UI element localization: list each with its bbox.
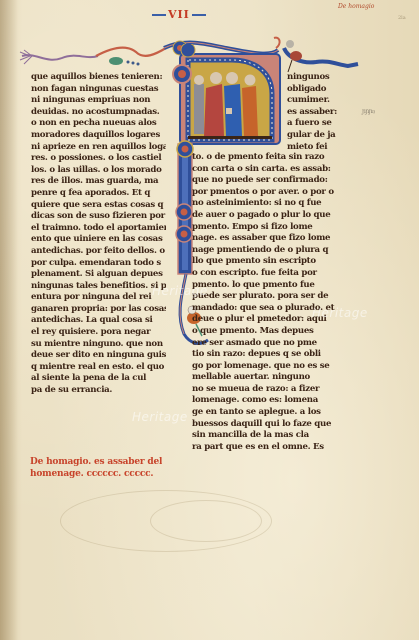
text-line: el rey quisiere. pora negar — [31, 327, 166, 339]
flourish-bar — [192, 14, 206, 16]
text-line: cumimer. — [287, 95, 349, 107]
rubric-line: homenage. cccccc. ccccc. — [30, 468, 162, 480]
text-line: ni aprieze en ren aquillos loga — [31, 142, 166, 154]
text-line: no asteinimiento: si no q fue — [192, 198, 352, 210]
text-line: el traimno. todo el aportamien — [31, 223, 166, 235]
gutter-shadow — [0, 0, 18, 640]
leaf-number: 2la — [398, 15, 406, 21]
text-column-right: to. o de pmento feita sin razo con carta… — [192, 152, 352, 453]
text-line: quiere que sera estas cosas q — [31, 200, 166, 212]
text-line: penre q fea aporados. Et q — [31, 188, 166, 200]
text-line: go por lomenage. que no es se — [192, 361, 352, 373]
text-line: ge en tanto se aplegue. a los — [192, 407, 352, 419]
text-line: to. o de pmento feita sin razo — [192, 152, 352, 164]
text-line: gular de ja — [287, 130, 349, 142]
watermark: Heritage — [152, 284, 208, 298]
text-line: puede ser plurato. pora ser de — [192, 291, 352, 303]
text-line: non fagan ningunas cuestas — [31, 84, 166, 96]
text-line: los. o las uillas. o los morado — [31, 165, 166, 177]
text-line: su mientre ninguno. que non — [31, 339, 166, 351]
text-line: entura por ninguna del rei — [31, 292, 166, 304]
text-line: a fuero se — [287, 118, 349, 130]
text-line: lomenage. como es: lomena — [192, 395, 352, 407]
text-line: ganaren propria: por las cosas — [31, 304, 166, 316]
text-line: res de illos. mas guarda, ma — [31, 176, 166, 188]
text-line: ningunos — [287, 72, 349, 84]
text-line: llo que pmento sin escripto — [192, 256, 352, 268]
text-line: res. o possiones. o los castiel — [31, 153, 166, 165]
text-line: ento que uiniere en las cosas — [31, 234, 166, 246]
running-head: De homagio — [338, 3, 374, 10]
text-line: ni ningunas empriuas non — [31, 95, 166, 107]
rubric-heading: De homagio. es assaber del homenage. ccc… — [30, 456, 162, 480]
text-line: ere ser asmado que no pme — [192, 338, 352, 350]
text-line: nage pmentiendo de o plura q — [192, 245, 352, 257]
text-line: pmento. lo que pmento fue — [192, 280, 352, 292]
text-line: es assaber: — [287, 107, 349, 119]
text-line: al siente la pena de la cul — [31, 373, 166, 385]
text-line: buessos daquill qui lo faze que — [192, 419, 352, 431]
watermark: Heritage — [312, 306, 368, 320]
text-line: ningunas tales benefitios. si por u — [31, 281, 166, 293]
text-line: pmento. Empo si fizo lome — [192, 222, 352, 234]
folio-number-text: VII — [168, 8, 190, 21]
text-line: no se mueua de razo: a fizer — [192, 384, 352, 396]
text-line: ra part que es en el omne. Es — [192, 442, 352, 454]
text-line: con carta o sin carta. es assab: — [192, 164, 352, 176]
text-line: dicas son de suso fizieren por — [31, 211, 166, 223]
text-line: por culpa. emendaran todo s — [31, 258, 166, 270]
marginal-note: ɲɲɲ𝔶 — [362, 108, 374, 116]
manuscript-page: VII De homagio 2la ɲɲɲ𝔶 — [0, 0, 419, 640]
text-line: plenament. Si alguan depues — [31, 269, 166, 281]
text-line: mellable auertar. ninguno — [192, 372, 352, 384]
text-line: de auer o pagado o plur lo que — [192, 210, 352, 222]
text-line: o que pmento. Mas depues — [192, 326, 352, 338]
text-line: tio sin razo: depues q se obli — [192, 349, 352, 361]
text-line: o con escripto. fue feita por — [192, 268, 352, 280]
text-line: moradores daquillos logares — [31, 130, 166, 142]
text-line: deuidas. no acostumpnadas. — [31, 107, 166, 119]
text-line: q mientre real en esto. el quo — [31, 362, 166, 374]
text-line: antedichas. por feito dellos. o — [31, 246, 166, 258]
text-line: que aquillos bienes tenieren: — [31, 72, 166, 84]
text-line: deue ser dito en ninguna guisa — [31, 350, 166, 362]
text-line: por pmentos o por aver. o por o — [192, 187, 352, 199]
text-line: o non en pecha nueuas alos — [31, 118, 166, 130]
text-line: obligado — [287, 84, 349, 96]
text-column-left: que aquillos bienes tenieren: non fagan … — [31, 72, 166, 397]
watermark: Heritage — [132, 410, 188, 424]
flourish-bar — [152, 14, 166, 16]
text-line: que no puede ser confirmado: — [192, 175, 352, 187]
rubric-line: De homagio. es assaber del — [30, 456, 162, 468]
text-line: pa de su errancia. — [31, 385, 166, 397]
text-line: antedichas. La qual cosa si — [31, 315, 166, 327]
folio-number: VII — [150, 8, 208, 21]
text-line: nage. es assaber que fizo lome — [192, 233, 352, 245]
water-stain — [150, 500, 262, 542]
text-column-right-top: ningunos obligado cumimer. es assaber: a… — [287, 72, 349, 153]
text-line: sin mancilla de la mas cla — [192, 430, 352, 442]
